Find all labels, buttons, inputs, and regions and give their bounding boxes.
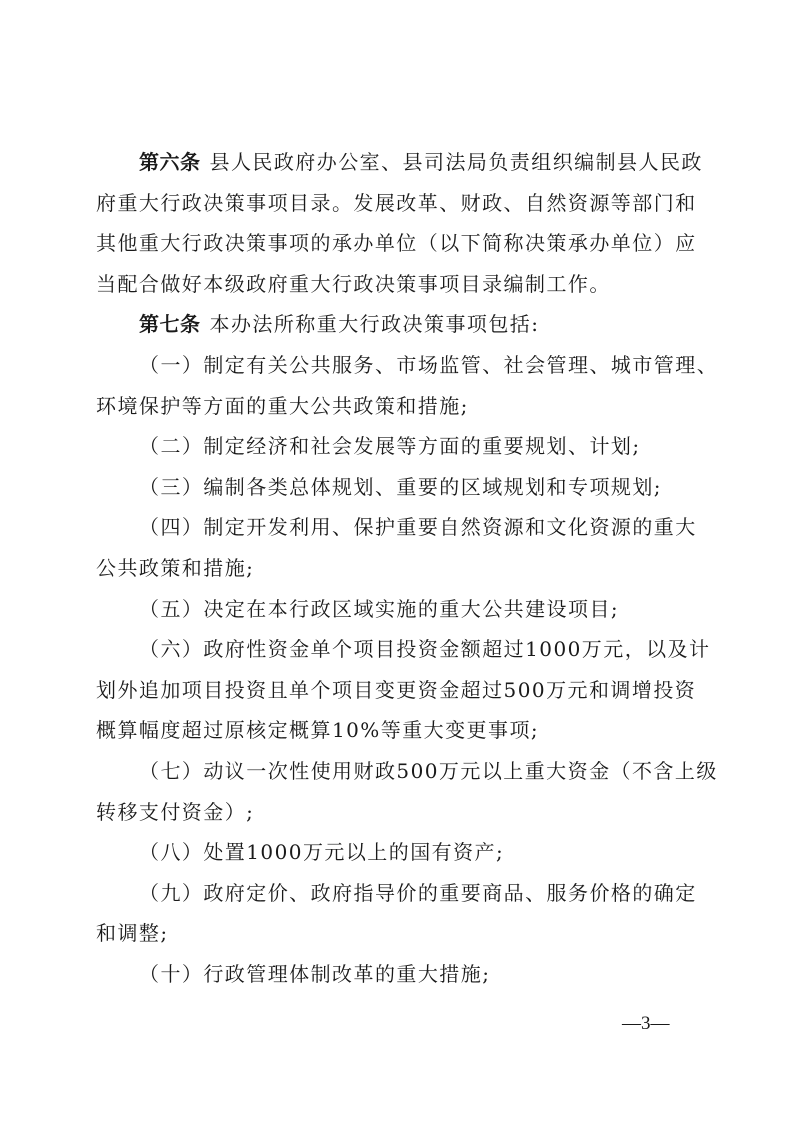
item-9-line-2: 和调整; bbox=[96, 913, 700, 954]
article-7-label: 第七条 bbox=[139, 312, 201, 336]
item-10-line-1: （十）行政管理体制改革的重大措施; bbox=[96, 954, 700, 995]
item-5-line-1: （五）决定在本行政区域实施的重大公共建设项目; bbox=[96, 589, 700, 630]
item-8-line-1: （八）处置1000万元以上的国有资产; bbox=[96, 832, 700, 873]
item-9-line-1: （九）政府定价、政府指导价的重要商品、服务价格的确定 bbox=[96, 873, 700, 914]
item-7-line-2: 转移支付资金）; bbox=[96, 792, 700, 833]
item-4-line-2: 公共政策和措施; bbox=[96, 548, 700, 589]
article-6-line-3: 其他重大行政决策事项的承办单位（以下简称决策承办单位）应 bbox=[96, 223, 700, 264]
item-2-line-1: （二）制定经济和社会发展等方面的重要规划、计划; bbox=[96, 426, 700, 467]
item-4-line-1: （四）制定开发利用、保护重要自然资源和文化资源的重大 bbox=[96, 507, 700, 548]
article-6-text: 县人民政府办公室、县司法局负责组织编制县人民政 bbox=[210, 150, 703, 174]
document-page: 第六条县人民政府办公室、县司法局负责组织编制县人民政 府重大行政决策事项目录。发… bbox=[0, 0, 793, 1122]
item-3-line-1: （三）编制各类总体规划、重要的区域规划和专项规划; bbox=[96, 467, 700, 508]
item-7-line-1: （七）动议一次性使用财政500万元以上重大资金（不含上级 bbox=[96, 751, 700, 792]
item-1-line-2: 环境保护等方面的重大公共政策和措施; bbox=[96, 386, 700, 427]
article-6-line-1: 第六条县人民政府办公室、县司法局负责组织编制县人民政 bbox=[96, 142, 700, 183]
item-1-line-1: （一）制定有关公共服务、市场监管、社会管理、城市管理、 bbox=[96, 345, 700, 386]
item-6-line-2: 划外追加项目投资且单个项目变更资金超过500万元和调增投资 bbox=[96, 670, 700, 711]
page-number: —3— bbox=[622, 1013, 670, 1035]
body-text: 第六条县人民政府办公室、县司法局负责组织编制县人民政 府重大行政决策事项目录。发… bbox=[96, 142, 700, 994]
item-6-line-3: 概算幅度超过原核定概算10%等重大变更事项; bbox=[96, 710, 700, 751]
article-6-line-4: 当配合做好本级政府重大行政决策事项目录编制工作。 bbox=[96, 264, 700, 305]
article-7-line-1: 第七条本办法所称重大行政决策事项包括: bbox=[96, 304, 700, 345]
item-6-line-1: （六）政府性资金单个项目投资金额超过1000万元，以及计 bbox=[96, 629, 700, 670]
article-6-label: 第六条 bbox=[139, 150, 201, 174]
article-7-intro: 本办法所称重大行政决策事项包括: bbox=[210, 312, 540, 336]
article-6-line-2: 府重大行政决策事项目录。发展改革、财政、自然资源等部门和 bbox=[96, 183, 700, 224]
